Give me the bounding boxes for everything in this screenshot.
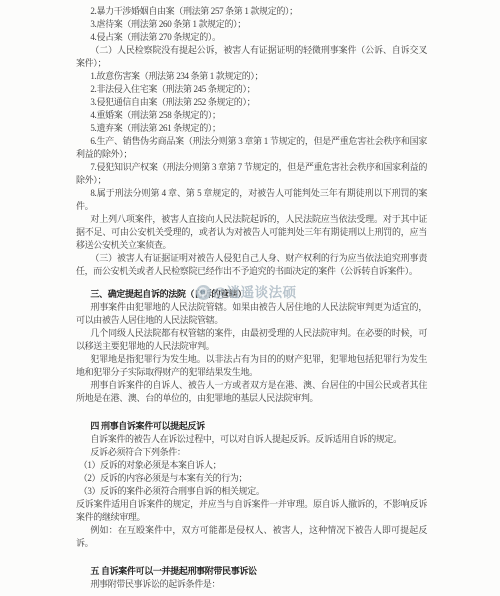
list-item: 8.属于刑法分则第 4 章、第 5 章规定的，对被告人可能判处三年有期徒刑以下刑…: [76, 187, 427, 213]
text-line: 1.故意伤害案（刑法第 234 条第 1 款规定的）；: [90, 71, 263, 81]
list-item: 2.非法侵入住宅案（刑法第 245 条规定的）；: [76, 83, 427, 96]
text-line: 例如：在互殴案件中，双方可能都是侵权人、被害人，这种情况下被告人即可提起反诉。: [76, 525, 427, 548]
paragraph: 对上列八项案件，被害人直接向人民法院起诉的，人民法院应当依法受理。对于其中证据不…: [76, 213, 427, 252]
text-line: 对上列八项案件，被害人直接向人民法院起诉的，人民法院应当依法受理。对于其中证据不…: [76, 214, 427, 250]
text-line: 3.虐待案（刑法第 260 条第 1 款规定的）；: [90, 19, 246, 29]
text-line: 自诉案件的被告人在诉讼过程中，可以对自诉人提起反诉。反诉适用自诉的规定。: [90, 434, 401, 444]
section-heading: 三、确定提起自诉的法院（自诉的管辖）@逍遥谈法硕: [76, 288, 427, 301]
list-item: 7.侵犯知识产权案（刑法分则第 3 章第 7 节规定的，但是严重危害社会秩序和国…: [76, 161, 427, 187]
text-line: 反诉案件适用自诉案件的规定，并应当与自诉案件一并审理。原自诉人撤诉的，不影响反诉…: [76, 499, 427, 522]
text-line: （3）反诉的案件必须符合刑事自诉的相关规定。: [79, 486, 265, 496]
paragraph: 例如：在互殴案件中，双方可能都是侵权人、被害人，这种情况下被告人即可提起反诉。: [76, 524, 427, 550]
text-line: 4.重婚案（刑法第 258 条规定的）；: [90, 110, 220, 120]
text-line: 五 自诉案件可以一并提起刑事附带民事诉讼: [90, 566, 256, 576]
document-body: 2.暴力干涉婚姻自由案（刑法第 257 条第 1 款规定的）；3.虐待案（刑法第…: [76, 5, 427, 591]
paragraph: 刑事自诉案件的自诉人、被告人一方或者双方是在港、澳、台居住的中国公民或者其住所地…: [76, 379, 427, 405]
text-line: 反诉必须符合下列条件：: [90, 447, 185, 457]
list-item: 4.重婚案（刑法第 258 条规定的）；: [76, 109, 427, 122]
list-item: 5.遗弃案（刑法第 261 条规定的）；: [76, 122, 427, 135]
paragraph: （二）人民检察院没有提起公诉，被害人有证据证明的轻微刑事案件（公诉、自诉交叉案件…: [76, 44, 427, 70]
paragraph: 自诉案件的被告人在诉讼过程中，可以对自诉人提起反诉。反诉适用自诉的规定。: [76, 433, 427, 446]
text-line: 刑事案件由犯罪地的人民法院管辖。如果由被告人居住地的人民法院审判更为适宜的，可以…: [76, 302, 427, 325]
text-line: 2.暴力干涉婚姻自由案（刑法第 257 条第 1 款规定的）；: [90, 6, 297, 16]
document-page: 2.暴力干涉婚姻自由案（刑法第 257 条第 1 款规定的）；3.虐待案（刑法第…: [0, 0, 500, 596]
text-line: 3.侵犯通信自由案（刑法第 252 条规定的）；: [90, 97, 255, 107]
paragraph: 刑事附带民事诉讼的起诉条件是：: [76, 578, 427, 591]
list-item: 3.侵犯通信自由案（刑法第 252 条规定的）；: [76, 96, 427, 109]
text-line: 四 刑事自诉案件可以提起反诉: [90, 421, 204, 431]
sub-list-item: （1）反诉的对象必须是本案自诉人；: [76, 459, 427, 472]
text-line: （1）反诉的对象必须是本案自诉人；: [79, 460, 222, 470]
text-line: 犯罪地是指犯罪行为发生地。以非法占有为目的的财产犯罪，犯罪地包括犯罪行为发生地和…: [76, 354, 427, 377]
text-line: 刑事附带民事诉讼的起诉条件是：: [90, 579, 220, 589]
paragraph: 几个同级人民法院都有权管辖的案件，由最初受理的人民法院审判。在必要的时候，可以移…: [76, 327, 427, 353]
paragraph: 反诉案件适用自诉案件的规定，并应当与自诉案件一并审理。原自诉人撤诉的，不影响反诉…: [76, 498, 427, 524]
text-line: 8.属于刑法分则第 4 章、第 5 章规定的，对被告人可能判处三年有期徒刑以下刑…: [76, 188, 427, 211]
text-line: （三）被害人有证据证明对被告人侵犯自己人身、财产权利的行为应当依法追究刑事责任，…: [76, 253, 427, 276]
text-line: 三、确定提起自诉的法院（自诉的管辖）: [90, 289, 246, 299]
paragraph: 犯罪地是指犯罪行为发生地。以非法占有为目的的财产犯罪，犯罪地包括犯罪行为发生地和…: [76, 353, 427, 379]
list-item: 6.生产、销售伪劣商品案（刑法分则第 3 章第 1 节规定的，但是严重危害社会秩…: [76, 135, 427, 161]
text-line: 6.生产、销售伪劣商品案（刑法分则第 3 章第 1 节规定的，但是严重危害社会秩…: [76, 136, 427, 159]
paragraph: 反诉必须符合下列条件：: [76, 446, 427, 459]
list-item: 3.虐待案（刑法第 260 条第 1 款规定的）；: [76, 18, 427, 31]
text-line: 2.非法侵入住宅案（刑法第 245 条规定的）；: [90, 84, 255, 94]
paragraph: 刑事案件由犯罪地的人民法院管辖。如果由被告人居住地的人民法院审判更为适宜的，可以…: [76, 301, 427, 327]
text-line: 7.侵犯知识产权案（刑法分则第 3 章第 7 节规定的，但是严重危害社会秩序和国…: [76, 162, 427, 185]
section-heading: 四 刑事自诉案件可以提起反诉: [76, 420, 427, 433]
list-item: 1.故意伤害案（刑法第 234 条第 1 款规定的）；: [76, 70, 427, 83]
text-line: 5.遗弃案（刑法第 261 条规定的）；: [90, 123, 220, 133]
sub-list-item: （2）反诉的内容必须是与本案有关的行为；: [76, 472, 427, 485]
list-item: 4.侵占案（刑法第 270 条规定的）。: [76, 31, 427, 44]
text-line: （2）反诉的内容必须是与本案有关的行为；: [79, 473, 248, 483]
section-heading: 五 自诉案件可以一并提起刑事附带民事诉讼: [76, 565, 427, 578]
sub-list-item: （3）反诉的案件必须符合刑事自诉的相关规定。: [76, 485, 427, 498]
text-line: 刑事自诉案件的自诉人、被告人一方或者双方是在港、澳、台居住的中国公民或者其住所地…: [76, 380, 427, 403]
list-item: 2.暴力干涉婚姻自由案（刑法第 257 条第 1 款规定的）；: [76, 5, 427, 18]
text-line: 4.侵占案（刑法第 270 条规定的）。: [90, 32, 220, 42]
text-line: （二）人民检察院没有提起公诉，被害人有证据证明的轻微刑事案件（公诉、自诉交叉案件…: [76, 45, 427, 68]
text-line: 几个同级人民法院都有权管辖的案件，由最初受理的人民法院审判。在必要的时候，可以移…: [76, 328, 427, 351]
paragraph: （三）被害人有证据证明对被告人侵犯自己人身、财产权利的行为应当依法追究刑事责任，…: [76, 252, 427, 278]
